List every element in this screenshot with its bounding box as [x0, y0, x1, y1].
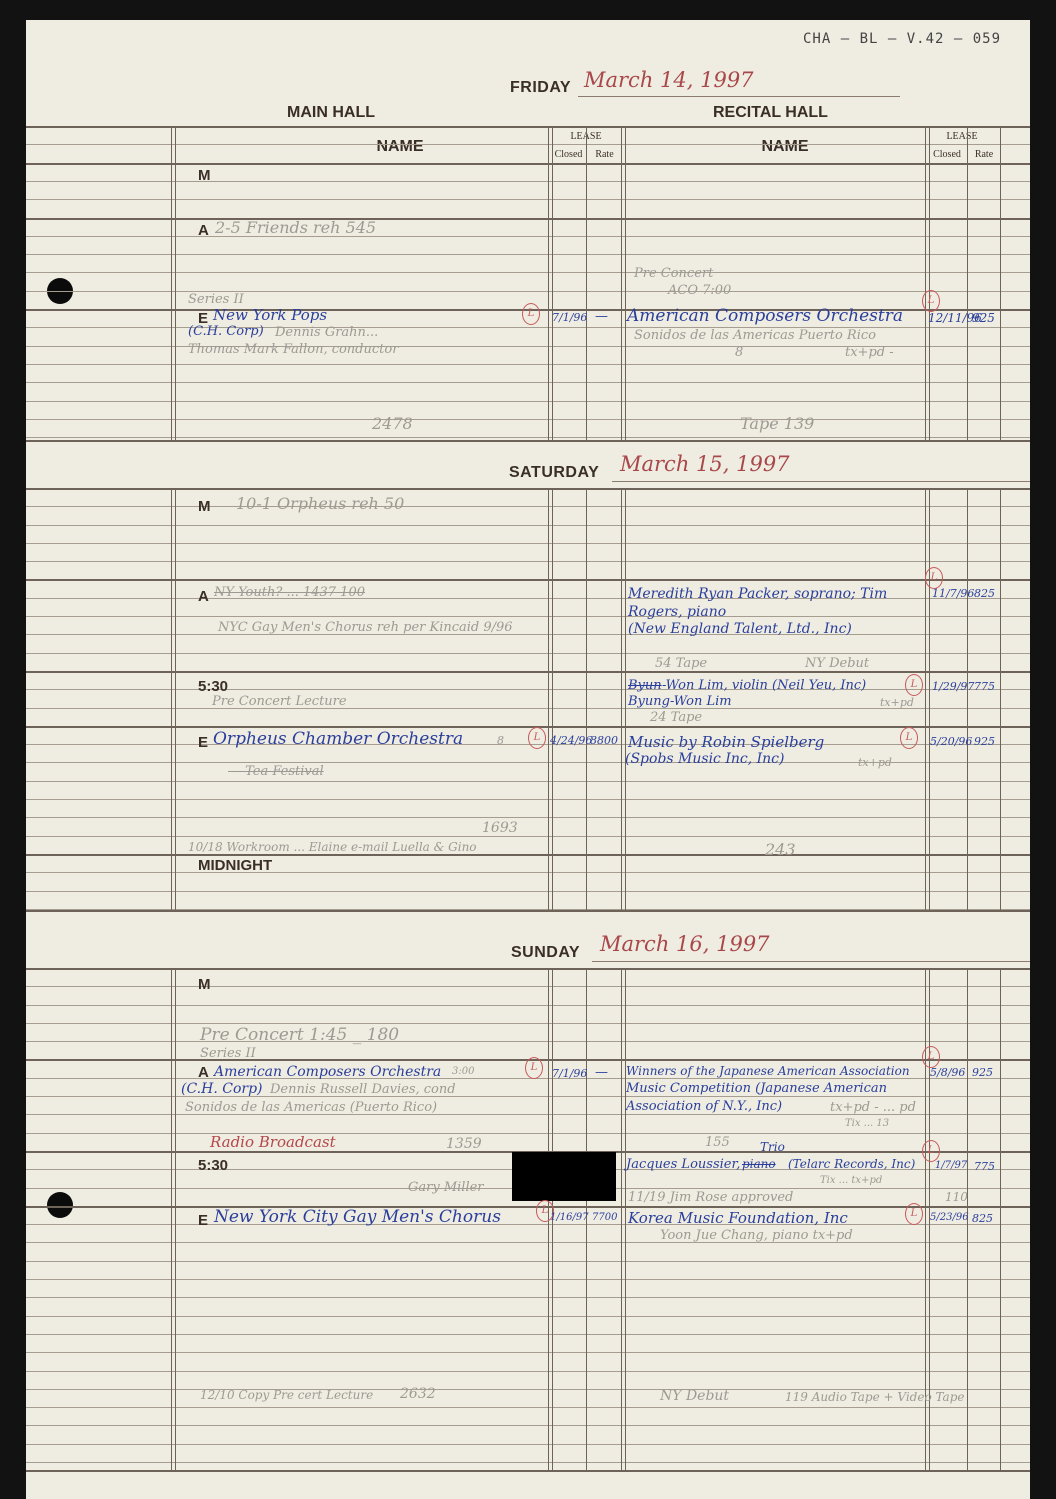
- sunday-recital-evening-rate: 825: [972, 1212, 993, 1225]
- date-friday: March 14, 1997: [584, 68, 754, 92]
- saturday-recital-530-name: -Won Lim, violin (Neil Yeu, Inc): [662, 678, 866, 693]
- rate-header: Rate: [587, 149, 622, 160]
- rule: [26, 254, 1030, 255]
- rule: [26, 1279, 1030, 1280]
- sunday-recital-530-closed: 1/7/97: [935, 1160, 967, 1171]
- pencil-note: Tix ... 13: [845, 1118, 889, 1129]
- rule: [26, 144, 1030, 145]
- rule: [26, 1041, 1030, 1042]
- column-rule: [548, 126, 553, 440]
- lease-circle-mark: L: [922, 290, 940, 312]
- column-rule: [171, 488, 176, 910]
- day-heading-sunday: SUNDAY: [511, 944, 580, 962]
- rule: [26, 126, 1030, 128]
- redaction-block: [512, 1152, 616, 1201]
- column-rule: [1000, 126, 1001, 440]
- closed-header: Closed: [551, 149, 586, 160]
- pencil-note: 1693: [482, 820, 518, 836]
- pencil-note: 54 Tape: [655, 656, 707, 671]
- struck-text: piano: [742, 1157, 776, 1171]
- lease-circle-mark: L: [522, 303, 540, 325]
- lease-circle-mark: L: [900, 727, 918, 749]
- rule: [26, 218, 1030, 220]
- rule: [26, 382, 1030, 383]
- column-rule: [925, 488, 930, 910]
- rule: [26, 419, 1030, 420]
- name-column-header: NAME: [725, 138, 845, 156]
- binder-hole: [47, 1192, 73, 1218]
- date-underline: [592, 961, 1030, 962]
- rule: [26, 616, 1030, 617]
- friday-recital-pre-note: Pre Concert: [634, 266, 713, 281]
- sunday-main-footer: 12/10 Copy Pre cert Lecture: [200, 1388, 373, 1402]
- friday-main-footer: 2478: [372, 414, 413, 433]
- pencil-note: 2632: [400, 1386, 436, 1402]
- pencil-note: 8: [497, 734, 504, 747]
- lease-circle-mark: L: [528, 727, 546, 749]
- sunday-main-evening-name: New York City Gay Men's Chorus: [214, 1207, 501, 1227]
- rule: [26, 1444, 1030, 1445]
- column-rule: [621, 968, 626, 1470]
- saturday-main-afternoon-struck: NY Youth? ... 1437 100: [214, 585, 365, 600]
- sunday-main-afternoon-name: American Composers Orchestra: [214, 1064, 441, 1080]
- rule: [26, 1425, 1030, 1426]
- saturday-recital-afternoon-name-2: Rogers, piano: [628, 604, 726, 620]
- main-hall-heading: MAIN HALL: [287, 104, 375, 122]
- pencil-note: Series II: [200, 1046, 256, 1061]
- saturday-recital-evening-rate: 925: [974, 735, 995, 748]
- call-number: CHA — BL — V.42 — 059: [803, 31, 1001, 47]
- pencil-note: NY Debut: [805, 656, 869, 671]
- sunday-main-afternoon-closed: 7/1/96: [552, 1067, 587, 1080]
- recital-hall-heading: RECITAL HALL: [713, 104, 828, 122]
- rule: [26, 1133, 1030, 1134]
- rule: [26, 1334, 1030, 1335]
- closed-header: Closed: [927, 149, 967, 160]
- rule: [26, 854, 1030, 856]
- lease-header: LEASE: [927, 131, 997, 142]
- slot-midnight: MIDNIGHT: [198, 857, 272, 874]
- rule: [26, 364, 1030, 365]
- slot-evening: E: [198, 1212, 208, 1229]
- rule: [26, 1242, 1030, 1243]
- sunday-recital-530-name: Jacques Loussier,: [626, 1157, 740, 1172]
- rule: [26, 836, 1030, 837]
- pencil-note: NY Debut: [660, 1388, 729, 1404]
- rule: [26, 1470, 1030, 1472]
- sunday-recital-afternoon-name-3: Association of N.Y., Inc): [626, 1099, 782, 1114]
- column-rule: [967, 488, 968, 910]
- rule: [26, 1352, 1030, 1353]
- sunday-recital-evening-name: Korea Music Foundation, Inc: [628, 1209, 848, 1227]
- rule: [26, 872, 1030, 873]
- saturday-recital-afternoon-rate: 825: [974, 587, 995, 600]
- rule: [26, 1316, 1030, 1317]
- rule: [26, 506, 1030, 507]
- saturday-recital-evening-closed: 5/20/96: [930, 735, 972, 748]
- sunday-main-evening-rate: 7700: [592, 1212, 617, 1223]
- rule: [26, 525, 1030, 526]
- rule: [26, 1078, 1030, 1079]
- saturday-main-footer: 10/18 Workroom ... Elaine e-mail Luella …: [188, 840, 477, 854]
- rate-header: Rate: [968, 149, 1000, 160]
- column-rule: [1000, 488, 1001, 910]
- insert-note: Trio: [760, 1140, 785, 1154]
- date-underline: [578, 96, 900, 97]
- saturday-recital-530-closed: 1/29/97: [932, 680, 974, 693]
- column-rule: [586, 126, 587, 440]
- rule: [26, 891, 1030, 892]
- pencil-note: Gary Miller: [408, 1180, 484, 1195]
- day-heading-friday: FRIDAY: [510, 79, 571, 97]
- rule: [26, 579, 1030, 581]
- lease-circle-mark: L: [922, 1046, 940, 1068]
- column-rule: [1000, 968, 1001, 1470]
- friday-main-evening-conductor: Dennis Grahn...: [275, 325, 378, 340]
- rule: [26, 401, 1030, 402]
- friday-main-series: Series II: [188, 292, 244, 307]
- sunday-main-pre-note: Pre Concert 1:45 _ 180: [200, 1025, 399, 1045]
- rule: [26, 1023, 1030, 1024]
- pencil-note: Sonidos de las Americas (Puerto Rico): [185, 1100, 437, 1115]
- pencil-note: 11/19 Jim Rose approved: [628, 1190, 793, 1205]
- lease-circle-mark: L: [905, 674, 923, 696]
- rule: [26, 1096, 1030, 1097]
- slot-morning: M: [198, 167, 211, 184]
- rule: [26, 272, 1030, 273]
- rule: [26, 1297, 1030, 1298]
- sunday-main-radio-note: Radio Broadcast: [210, 1133, 336, 1151]
- saturday-main-rate: 8800: [590, 734, 618, 747]
- rule: [26, 653, 1030, 654]
- rule: [26, 543, 1030, 544]
- slot-afternoon: A: [198, 222, 209, 239]
- friday-main-closed: 7/1/96: [552, 311, 587, 324]
- rule: [26, 1261, 1030, 1262]
- saturday-main-evening-name: Orpheus Chamber Orchestra: [213, 729, 463, 749]
- slot-afternoon: A: [198, 588, 209, 605]
- saturday-recital-evening-name-2: (Spobs Music Inc, Inc): [625, 751, 784, 767]
- rule: [26, 634, 1030, 635]
- rule: [26, 1407, 1030, 1408]
- pencil-note: 110: [945, 1190, 968, 1204]
- date-underline: [612, 481, 1030, 482]
- pencil-note: Yoon Jue Chang, piano tx+pd: [660, 1228, 853, 1243]
- saturday-recital-evening-name: Music by Robin Spielberg: [628, 733, 824, 751]
- pencil-note-struck: — Tea Festival: [228, 764, 324, 779]
- rule: [26, 163, 1030, 165]
- date-saturday: March 15, 1997: [620, 452, 790, 476]
- column-rule: [548, 488, 553, 910]
- column-rule: [621, 126, 626, 440]
- slot-530: 5:30: [198, 1157, 228, 1174]
- rule: [26, 181, 1030, 182]
- rule: [26, 726, 1030, 728]
- rule: [26, 291, 1030, 292]
- saturday-recital-footer: 243: [765, 840, 796, 859]
- column-rule: [621, 488, 626, 910]
- pencil-note: Tix ... tx+pd: [820, 1175, 882, 1186]
- rule: [26, 689, 1030, 690]
- pencil-note: tx+pd - ... pd: [830, 1100, 916, 1115]
- rule: [26, 799, 1030, 800]
- pencil-note: tx+pd: [858, 756, 892, 769]
- pencil-note: 3:00: [452, 1066, 474, 1077]
- struck-text: Byun: [628, 678, 662, 693]
- sunday-main-afternoon-corp: (C.H. Corp): [181, 1081, 263, 1097]
- column-rule: [171, 968, 176, 1470]
- rule: [26, 236, 1030, 237]
- rule: [26, 561, 1030, 562]
- slot-evening: E: [198, 734, 208, 751]
- name-column-header: NAME: [340, 138, 460, 156]
- pencil-note: tx+pd -: [845, 345, 894, 360]
- sunday-recital-afternoon-rate: 925: [972, 1066, 993, 1079]
- saturday-main-afternoon-note: NYC Gay Men's Chorus reh per Kincaid 9/9…: [218, 620, 513, 635]
- friday-main-rate: —: [595, 309, 608, 324]
- rule: [26, 671, 1030, 673]
- saturday-main-530-note: Pre Concert Lecture: [212, 694, 347, 709]
- sunday-main-evening-closed: 1/16/97: [550, 1212, 589, 1223]
- column-rule: [171, 126, 176, 440]
- friday-recital-evening-program: Sonidos de las Americas Puerto Rico: [634, 328, 876, 343]
- date-sunday: March 16, 1997: [600, 932, 770, 956]
- friday-main-evening-performer: Thomas Mark Fallon, conductor: [188, 342, 398, 357]
- sunday-recital-afternoon-name-1: Winners of the Japanese American Associa…: [626, 1064, 910, 1078]
- rule: [26, 1371, 1030, 1372]
- saturday-recital-afternoon-name-1: Meredith Ryan Packer, soprano; Tim: [628, 586, 887, 602]
- pencil-note: 1359: [446, 1136, 482, 1152]
- friday-recital-pre-note-2: ACO 7:00: [668, 283, 731, 298]
- sunday-main-afternoon-rate: —: [595, 1065, 608, 1080]
- saturday-main-closed: 4/24/96: [550, 734, 592, 747]
- pencil-note: 155: [705, 1135, 730, 1150]
- friday-main-evening-corp: (C.H. Corp): [188, 324, 264, 339]
- slot-afternoon: A: [198, 1064, 209, 1081]
- sunday-recital-530-rate: 775: [974, 1160, 995, 1173]
- lease-circle-mark: L: [925, 567, 943, 589]
- lease-circle-mark: L: [525, 1057, 543, 1079]
- rule: [26, 437, 1030, 438]
- sunday-recital-afternoon-closed: 5/8/96: [930, 1066, 965, 1079]
- rule: [26, 199, 1030, 200]
- column-rule: [967, 126, 968, 440]
- rule: [26, 986, 1030, 987]
- friday-recital-rate: 925: [972, 311, 995, 325]
- slot-morning: M: [198, 976, 211, 993]
- rule: [26, 488, 1030, 490]
- sunday-recital-530-agent: (Telarc Records, Inc): [788, 1157, 915, 1171]
- pencil-note: tx+pd: [880, 696, 914, 709]
- pencil-note: 8: [735, 345, 743, 360]
- lease-circle-mark: L: [905, 1203, 923, 1225]
- pencil-note: 24 Tape: [650, 710, 702, 725]
- pencil-note: Dennis Russell Davies, cond: [270, 1082, 456, 1097]
- rule: [26, 1005, 1030, 1006]
- sunday-recital-afternoon-name-2: Music Competition (Japanese American: [626, 1081, 887, 1096]
- column-rule: [925, 126, 930, 440]
- pencil-note: 119 Audio Tape + Video Tape: [785, 1390, 965, 1404]
- saturday-recital-afternoon-closed: 11/7/96: [932, 587, 974, 600]
- rule: [26, 1462, 1030, 1463]
- friday-main-afternoon-note: 2-5 Friends reh 545: [215, 218, 376, 237]
- slot-530: 5:30: [198, 678, 228, 695]
- rule: [26, 440, 1030, 442]
- lease-circle-mark: L: [922, 1140, 940, 1162]
- sunday-recital-evening-closed: 5/23/96: [930, 1212, 969, 1223]
- rule: [26, 781, 1030, 782]
- rule: [26, 327, 1030, 328]
- column-rule: [586, 488, 587, 910]
- rule: [26, 744, 1030, 745]
- saturday-recital-530-name-2: Byung-Won Lim: [628, 694, 732, 709]
- rule: [26, 817, 1030, 818]
- saturday-recital-530-rate: 775: [974, 680, 995, 693]
- rule: [26, 1224, 1030, 1225]
- rule: [26, 1206, 1030, 1208]
- friday-main-evening-name: New York Pops: [213, 306, 327, 324]
- saturday-main-morning-note: 10-1 Orpheus reh 50: [236, 494, 404, 513]
- saturday-recital-afternoon-name-3: (New England Talent, Ltd., Inc): [628, 621, 852, 637]
- slot-morning: M: [198, 498, 211, 515]
- rule: [26, 968, 1030, 970]
- friday-recital-footer: Tape 139: [740, 414, 814, 433]
- day-heading-saturday: SATURDAY: [509, 464, 599, 482]
- rule: [26, 910, 1030, 912]
- friday-recital-evening-name: American Composers Orchestra: [627, 306, 903, 326]
